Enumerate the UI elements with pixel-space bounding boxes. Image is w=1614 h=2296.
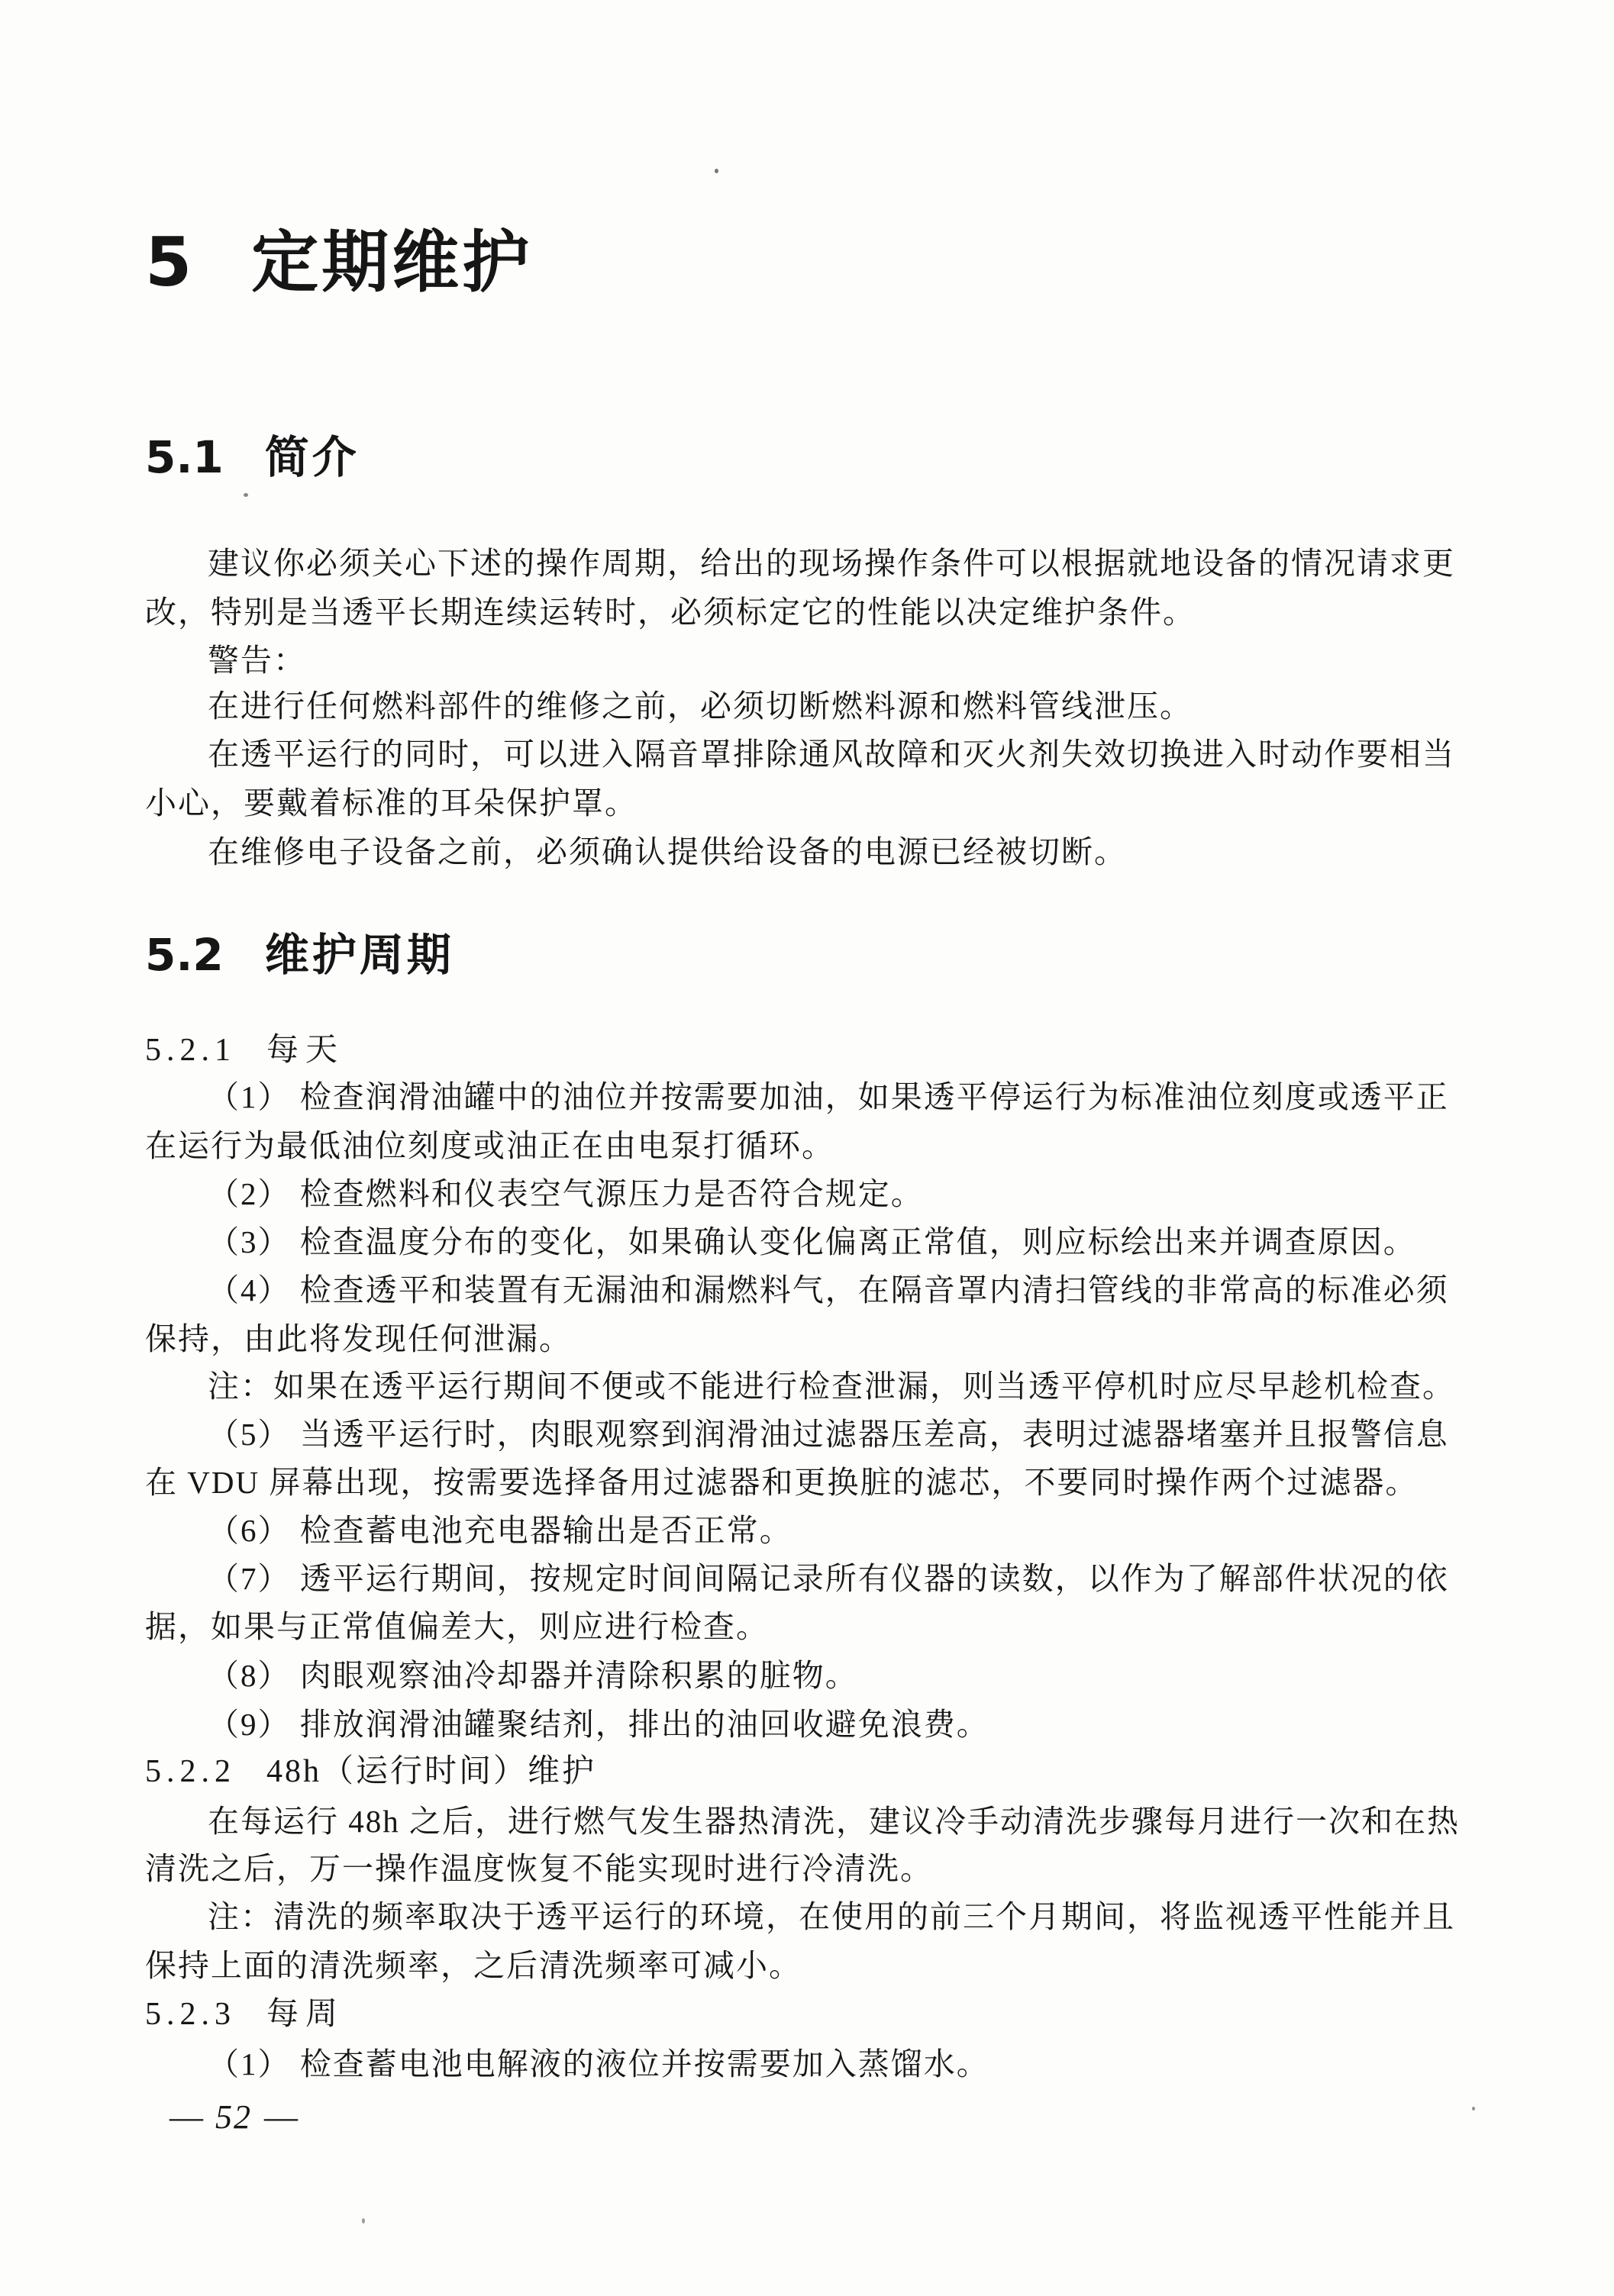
subsection-heading-5-2-2: 5.2.248h（运行时间）维护 <box>145 1756 596 1788</box>
scan-artifact-dot <box>715 169 718 173</box>
chapter-heading: 5定期维护 <box>145 229 532 296</box>
scan-artifact-dot <box>362 2218 365 2223</box>
subsection-heading-5-2-3: 5.2.3每周 <box>145 1998 344 2030</box>
list-item-line: （9） 排放润滑油罐聚结剂，排出的油回收避免浪费。 <box>208 1707 989 1743</box>
paragraph-line: 在每运行 48h 之后，进行燃气发生器热清洗，建议冷手动清洗步骤每月进行一次和在… <box>208 1804 1460 1840</box>
warning-label: 警告： <box>208 643 306 679</box>
paragraph-line: 改，特别是当透平长期连续运转时，必须标定它的性能以决定维护条件。 <box>145 595 1196 630</box>
page-number: —52— <box>169 2101 298 2134</box>
list-item-line: （2） 检查燃料和仪表空气源压力是否符合规定。 <box>208 1176 924 1212</box>
footer-dash: — <box>169 2098 203 2136</box>
list-item-line: （5） 当透平运行时，肉眼观察到润滑油过滤器压差高，表明过滤器堵塞并且报警信息 <box>208 1417 1449 1453</box>
subsection-heading-5-2-1: 5.2.1每天 <box>145 1034 344 1066</box>
list-item-line: （3） 检查温度分布的变化，如果确认变化偏离正常值，则应标绘出来并调查原因。 <box>208 1224 1416 1260</box>
list-item-line: （1） 检查蓄电池电解液的液位并按需要加入蒸馏水。 <box>208 2046 989 2082</box>
list-item-line: 在运行为最低油位刻度或油正在由电泵打循环。 <box>145 1128 834 1164</box>
section-heading-5-2: 5.2维护周期 <box>145 933 454 977</box>
subsection-number: 5.2.3 <box>145 1997 236 2032</box>
list-item-line: 保持，由此将发现任何泄漏。 <box>145 1321 572 1357</box>
warning-line: 在维修电子设备之前，必须确认提供给设备的电源已经被切断。 <box>208 834 1127 870</box>
list-item-line: 在 VDU 屏幕出现，按需要选择备用过滤器和更换脏的滤芯，不要同时操作两个过滤器… <box>145 1465 1418 1501</box>
note-line: 注：清洗的频率取决于透平运行的环境，在使用的前三个月期间，将监视透平性能并且 <box>208 1899 1455 1935</box>
section-heading-5-1: 5.1简介 <box>145 435 360 479</box>
section-number: 5.1 <box>145 431 224 483</box>
section-number: 5.2 <box>145 929 224 981</box>
list-item-line: （4） 检查透平和装置有无漏油和漏燃料气，在隔音罩内清扫管线的非常高的标准必须 <box>208 1272 1449 1308</box>
footer-dash: — <box>264 2098 298 2136</box>
list-item-line: （8） 肉眼观察油冷却器并清除积累的脏物。 <box>208 1658 858 1694</box>
section-title: 维护周期 <box>265 929 454 981</box>
subsection-number: 5.2.2 <box>145 1754 236 1789</box>
chapter-number: 5 <box>145 223 192 302</box>
subsection-number: 5.2.1 <box>145 1033 236 1068</box>
list-item-line: （7） 透平运行期间，按规定时间间隔记录所有仪器的读数，以作为了解部件状况的依 <box>208 1561 1449 1597</box>
scan-artifact-dot <box>244 493 248 497</box>
chapter-title: 定期维护 <box>251 223 532 302</box>
warning-line: 小心，要戴着标准的耳朵保护罩。 <box>145 785 638 821</box>
list-item-line: （6） 检查蓄电池充电器输出是否正常。 <box>208 1513 792 1549</box>
subsection-title: 48h（运行时间）维护 <box>266 1754 596 1789</box>
scan-artifact-dot <box>1472 2107 1475 2111</box>
paragraph-line: 建议你必须关心下述的操作周期，给出的现场操作条件可以根据就地设备的情况请求更 <box>208 546 1455 582</box>
note-line: 注：如果在透平运行期间不便或不能进行检查泄漏，则当透平停机时应尽早趁机检查。 <box>208 1369 1455 1404</box>
list-item-line: （1） 检查润滑油罐中的油位并按需要加油，如果透平停运行为标准油位刻度或透平正 <box>208 1079 1449 1115</box>
subsection-title: 每周 <box>266 1997 344 2032</box>
warning-line: 在进行任何燃料部件的维修之前，必须切断燃料源和燃料管线泄压。 <box>208 688 1193 724</box>
subsection-title: 每天 <box>266 1033 344 1068</box>
warning-line: 在透平运行的同时，可以进入隔音罩排除通风故障和灭火剂失效切换进入时动作要相当 <box>208 737 1455 772</box>
note-line: 保持上面的清洗频率，之后清洗频率可减小。 <box>145 1948 802 1984</box>
list-item-line: 据，如果与正常值偏差大，则应进行检查。 <box>145 1609 769 1645</box>
section-title: 简介 <box>265 431 360 483</box>
paragraph-line: 清洗之后，万一操作温度恢复不能实现时进行冷清洗。 <box>145 1851 933 1887</box>
footer-page-number: 52 <box>215 2098 252 2136</box>
